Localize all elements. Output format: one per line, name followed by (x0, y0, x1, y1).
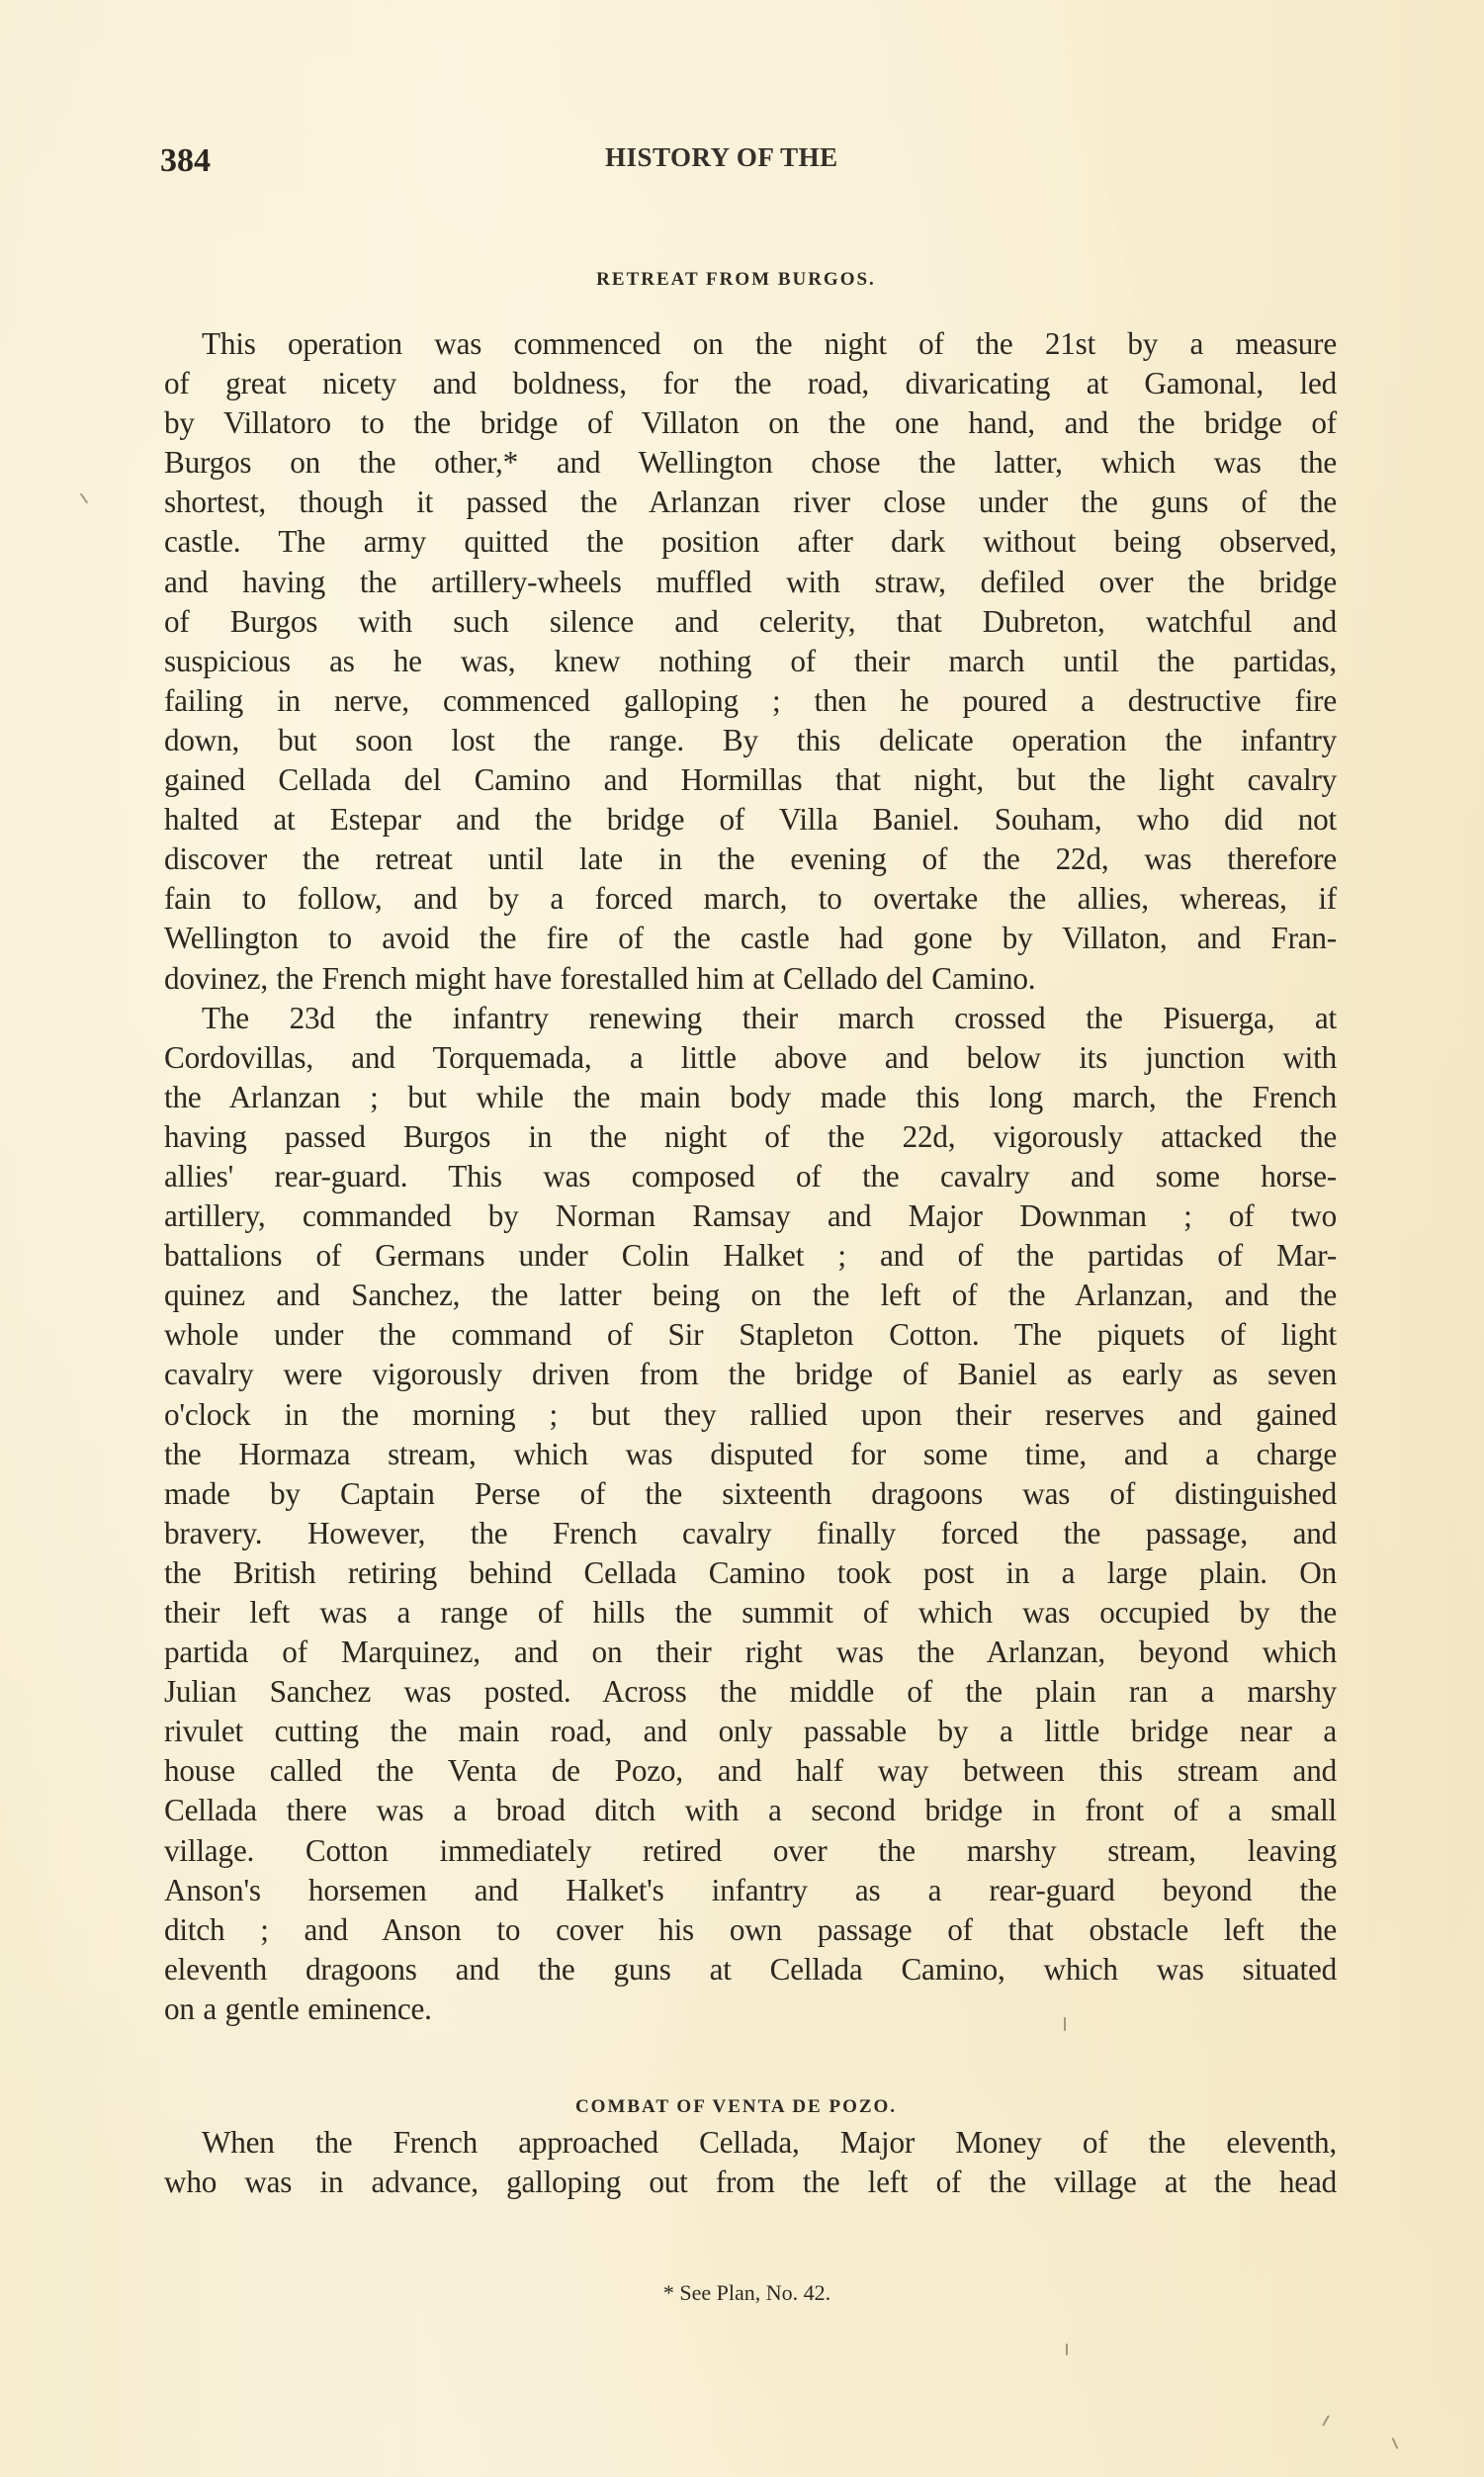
section-body-combat: When the French approached Cellada, Majo… (164, 2123, 1337, 2202)
text-line: gained Cellada del Camino and Hormillas … (164, 760, 1337, 800)
text-line: discover the retreat until late in the e… (164, 840, 1337, 879)
text-line: Cellada there was a broad ditch with a s… (164, 1791, 1337, 1830)
text-line: dovinez, the French might have forestall… (164, 959, 1337, 999)
text-line: artillery, commanded by Norman Ramsay an… (164, 1196, 1337, 1236)
text-line: fain to follow, and by a forced march, t… (164, 879, 1337, 919)
text-line: of Burgos with such silence and celerity… (164, 602, 1337, 642)
text-line: castle. The army quitted the position af… (164, 522, 1337, 562)
text-line: Cordovillas, and Torquemada, a little ab… (164, 1038, 1337, 1078)
text-line: the Hormaza stream, which was disputed f… (164, 1435, 1337, 1474)
text-line: failing in nerve, commenced galloping ; … (164, 681, 1337, 721)
text-line: whole under the command of Sir Stapleton… (164, 1315, 1337, 1355)
text-line: Wellington to avoid the fire of the cast… (164, 919, 1337, 958)
text-line: Julian Sanchez was posted. Across the mi… (164, 1672, 1337, 1712)
text-line: shortest, though it passed the Arlanzan … (164, 483, 1337, 522)
text-line: of great nicety and boldness, for the ro… (164, 364, 1337, 403)
text-line: cavalry were vigorously driven from the … (164, 1355, 1337, 1394)
text-line: having passed Burgos in the night of the… (164, 1117, 1337, 1157)
section-body-retreat: This operation was commenced on the nigh… (164, 324, 1337, 2029)
footnote: * See Plan, No. 42. (0, 2280, 1484, 2306)
page-number: 384 (160, 142, 211, 180)
text-line: partida of Marquinez, and on their right… (164, 1633, 1337, 1672)
text-line: by Villatoro to the bridge of Villaton o… (164, 403, 1337, 443)
section-heading-combat: COMBAT OF VENTA DE POZO. (0, 2096, 1478, 2118)
text-line: and having the artillery-wheels muffled … (164, 563, 1337, 602)
text-line: ditch ; and Anson to cover his own passa… (164, 1910, 1337, 1950)
paper-speck (1064, 2017, 1066, 2031)
text-line: The 23d the infantry renewing their marc… (164, 999, 1337, 1038)
running-title: HISTORY OF THE (605, 142, 838, 173)
paper-speck (80, 493, 89, 504)
text-line: Burgos on the other,* and Wellington cho… (164, 443, 1337, 483)
text-line: on a gentle eminence. (164, 1990, 1337, 2029)
text-line: halted at Estepar and the bridge of Vill… (164, 800, 1337, 840)
text-line: battalions of Germans under Colin Halket… (164, 1236, 1337, 1276)
text-line: who was in advance, galloping out from t… (164, 2163, 1337, 2202)
text-line: the Arlanzan ; but while the main body m… (164, 1078, 1337, 1117)
text-line: suspicious as he was, knew nothing of th… (164, 642, 1337, 681)
running-header: 384 HISTORY OF THE (0, 134, 1484, 174)
text-line: the British retiring behind Cellada Cami… (164, 1553, 1337, 1593)
paper-speck (1066, 2344, 1068, 2355)
text-line: quinez and Sanchez, the latter being on … (164, 1276, 1337, 1315)
text-line: house called the Venta de Pozo, and half… (164, 1751, 1337, 1791)
text-line: made by Captain Perse of the sixteenth d… (164, 1474, 1337, 1514)
text-line: Anson's horsemen and Halket's infantry a… (164, 1871, 1337, 1910)
text-line: allies' rear-guard. This was composed of… (164, 1157, 1337, 1196)
text-line: eleventh dragoons and the guns at Cellad… (164, 1950, 1337, 1990)
section-heading-retreat: RETREAT FROM BURGOS. (0, 269, 1478, 291)
paper-speck (1392, 2437, 1399, 2449)
text-line: their left was a range of hills the summ… (164, 1593, 1337, 1633)
text-line: When the French approached Cellada, Majo… (164, 2123, 1337, 2163)
text-line: bravery. However, the French cavalry fin… (164, 1514, 1337, 1553)
text-line: rivulet cutting the main road, and only … (164, 1712, 1337, 1751)
text-line: village. Cotton immediately retired over… (164, 1831, 1337, 1871)
text-line: down, but soon lost the range. By this d… (164, 721, 1337, 760)
book-page: 384 HISTORY OF THE RETREAT FROM BURGOS. … (0, 0, 1484, 2477)
text-line: o'clock in the morning ; but they rallie… (164, 1395, 1337, 1435)
text-line: This operation was commenced on the nigh… (164, 324, 1337, 364)
paper-speck (1322, 2415, 1330, 2426)
